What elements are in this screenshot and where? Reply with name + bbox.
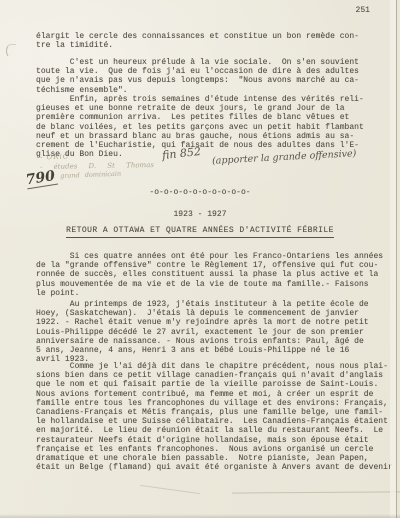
section-title: RETOUR A OTTAWA ET QUATRE ANNÉES D'ACTIV… [0, 226, 400, 235]
paragraph-prelude-vie-sociale: C'est un heureux prélude à la vie social… [36, 58, 394, 95]
ink-annotation-fin: fin 852 [161, 145, 201, 162]
ink-annotation-number: 790 [25, 169, 58, 190]
pencil-annotation-1: - ORiC [40, 152, 69, 161]
paragraph-grande-offensive: Si ces quatre années ont été pour les Fr… [36, 252, 394, 298]
section-years: 1923 - 1927 [0, 210, 400, 219]
pencil-annotation-3: P. grand dominicain [50, 170, 121, 180]
page-edge-line [396, 0, 398, 518]
paper-crease [232, 491, 400, 493]
paper-crease-small [140, 485, 200, 494]
pencil-margin-mark [6, 44, 16, 58]
page-edge-bottom [0, 514, 400, 518]
typed-divider: -o-o-o-o-o-o-o-o-o-o- [0, 188, 400, 197]
paragraph-printemps-1923: Au printemps de 1923, j'étais instituteu… [36, 300, 394, 364]
document-page: 251 élargit le cercle des connaissances … [0, 0, 400, 518]
pencil-annotation-2: - études D. St Thomas [40, 161, 154, 171]
paragraph-timidite: élargit le cercle des connaissances et c… [36, 32, 394, 50]
paragraph-village-hoey: Comme je l'ai déjà dit dans le chapitre … [36, 362, 394, 472]
page-number: 251 [356, 6, 370, 15]
section-title-text: RETOUR A OTTAWA ET QUATRE ANNÉES D'ACTIV… [66, 226, 334, 238]
